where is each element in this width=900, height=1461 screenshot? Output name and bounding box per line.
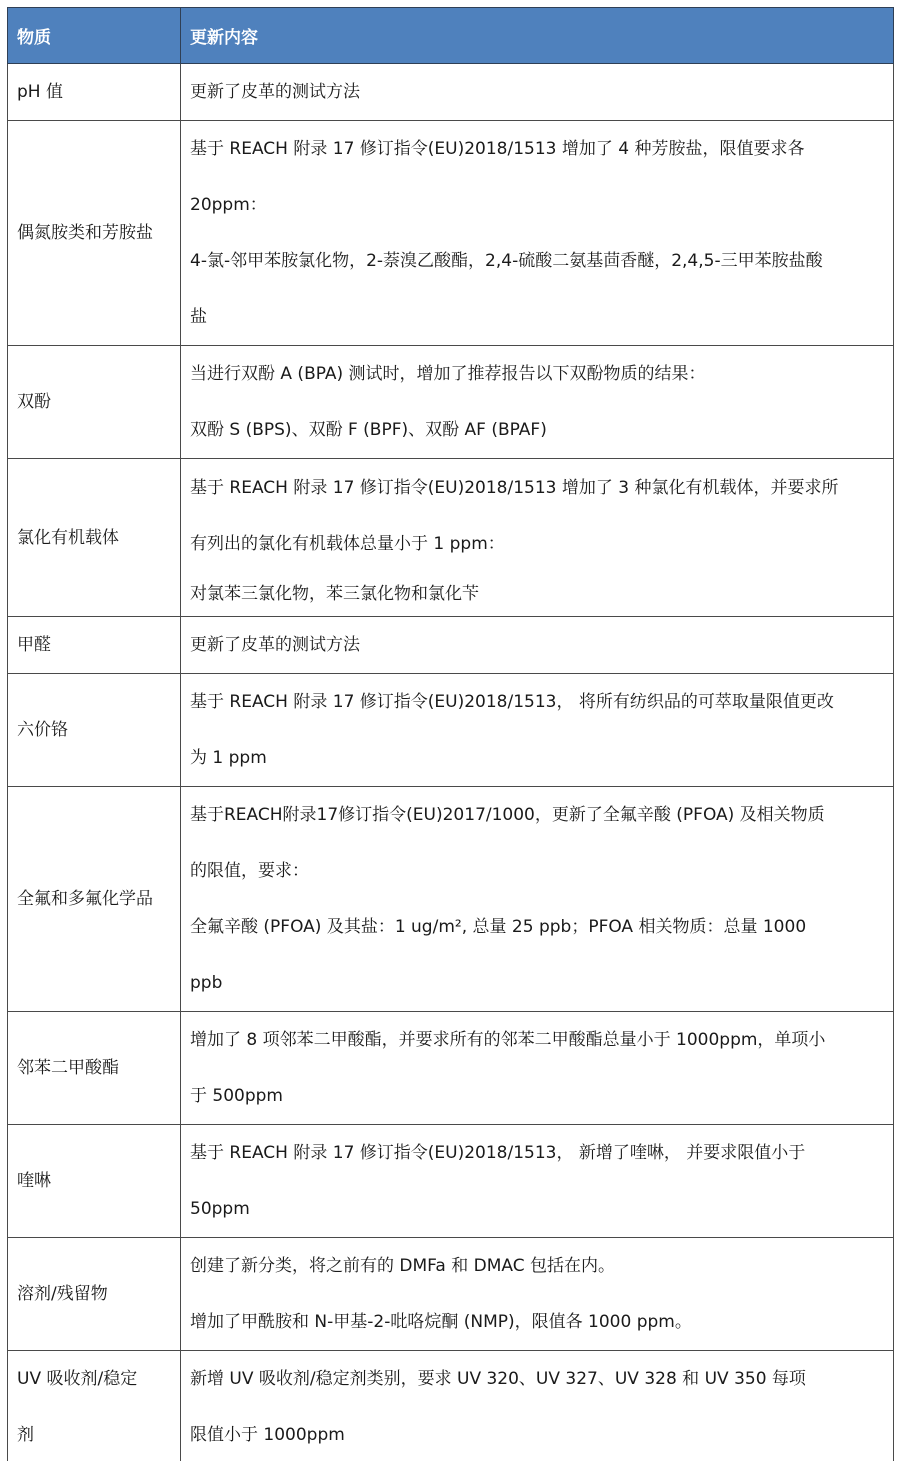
regulation-update-table: 物质 更新内容 pH 值更新了皮革的测试方法偶氮胺类和芳胺盐基于 REACH 附…	[7, 7, 894, 1461]
substance-cell: 溶剂/残留物	[8, 1238, 181, 1351]
update-content-cell: 更新了皮革的测试方法	[181, 617, 894, 674]
content-line: 4-氯-邻甲苯胺氯化物，2-萘溴乙酸酯，2,4-硫酸二氨基茴香醚，2,4,5-三…	[190, 233, 884, 289]
substance-name: 双酚	[17, 374, 171, 430]
substance-cell: UV 吸收剂/稳定剂	[8, 1351, 181, 1461]
update-content-cell: 基于 REACH 附录 17 修订指令(EU)2018/1513， 将所有纺织品…	[181, 674, 894, 787]
substance-name: 偶氮胺类和芳胺盐	[17, 205, 171, 261]
update-content-cell: 基于 REACH 附录 17 修订指令(EU)2018/1513 增加了 4 种…	[181, 121, 894, 346]
substance-name: 全氟和多氟化学品	[17, 871, 171, 927]
content-line: 基于 REACH 附录 17 修订指令(EU)2018/1513 增加了 3 种…	[190, 460, 884, 516]
update-content-cell: 创建了新分类，将之前有的 DMFa 和 DMAC 包括在内。增加了甲酰胺和 N-…	[181, 1238, 894, 1351]
content-line: 增加了 8 项邻苯二甲酸酯，并要求所有的邻苯二甲酸酯总量小于 1000ppm，单…	[190, 1012, 884, 1068]
update-content-cell: 基于REACH附录17修订指令(EU)2017/1000，更新了全氟辛酸 (PF…	[181, 787, 894, 1012]
substance-cell: 邻苯二甲酸酯	[8, 1012, 181, 1125]
content-line: 创建了新分类，将之前有的 DMFa 和 DMAC 包括在内。	[190, 1238, 884, 1294]
table-row: 双酚当进行双酚 A (BPA) 测试时，增加了推荐报告以下双酚物质的结果：双酚 …	[8, 346, 894, 459]
table-row: 六价铬基于 REACH 附录 17 修订指令(EU)2018/1513， 将所有…	[8, 674, 894, 787]
substance-name: 邻苯二甲酸酯	[17, 1040, 171, 1096]
substance-name: UV 吸收剂/稳定	[17, 1351, 171, 1407]
table-header-row: 物质 更新内容	[8, 8, 894, 64]
update-content-cell: 新增 UV 吸收剂/稳定剂类别，要求 UV 320、UV 327、UV 328 …	[181, 1351, 894, 1461]
substance-name: pH 值	[17, 64, 171, 120]
substance-name: 喹啉	[17, 1153, 171, 1209]
substance-name: 溶剂/残留物	[17, 1266, 171, 1322]
table-row: pH 值更新了皮革的测试方法	[8, 64, 894, 121]
content-line: 对氯苯三氯化物，苯三氯化物和氯化苄	[190, 572, 884, 616]
table-row: 全氟和多氟化学品基于REACH附录17修订指令(EU)2017/1000，更新了…	[8, 787, 894, 1012]
content-line: 双酚 S (BPS)、双酚 F (BPF)、双酚 AF (BPAF)	[190, 402, 884, 458]
table-row: 喹啉基于 REACH 附录 17 修订指令(EU)2018/1513， 新增了喹…	[8, 1125, 894, 1238]
table-row: 溶剂/残留物创建了新分类，将之前有的 DMFa 和 DMAC 包括在内。增加了甲…	[8, 1238, 894, 1351]
content-line: ppb	[190, 955, 884, 1011]
content-line: 基于 REACH 附录 17 修订指令(EU)2018/1513， 将所有纺织品…	[190, 674, 884, 730]
content-line: 盐	[190, 289, 884, 345]
table-row: 甲醛更新了皮革的测试方法	[8, 617, 894, 674]
content-line: 更新了皮革的测试方法	[190, 617, 884, 673]
table-row: 邻苯二甲酸酯增加了 8 项邻苯二甲酸酯，并要求所有的邻苯二甲酸酯总量小于 100…	[8, 1012, 894, 1125]
update-content-cell: 增加了 8 项邻苯二甲酸酯，并要求所有的邻苯二甲酸酯总量小于 1000ppm，单…	[181, 1012, 894, 1125]
table-row: 氯化有机载体基于 REACH 附录 17 修订指令(EU)2018/1513 增…	[8, 459, 894, 617]
substance-cell: 偶氮胺类和芳胺盐	[8, 121, 181, 346]
content-line: 为 1 ppm	[190, 730, 884, 786]
content-line: 当进行双酚 A (BPA) 测试时，增加了推荐报告以下双酚物质的结果：	[190, 346, 884, 402]
update-content-cell: 当进行双酚 A (BPA) 测试时，增加了推荐报告以下双酚物质的结果：双酚 S …	[181, 346, 894, 459]
content-line: 于 500ppm	[190, 1068, 884, 1124]
content-line: 有列出的氯化有机载体总量小于 1 ppm：	[190, 516, 884, 572]
content-line: 增加了甲酰胺和 N-甲基-2-吡咯烷酮 (NMP)，限值各 1000 ppm。	[190, 1294, 884, 1350]
content-line: 20ppm：	[190, 177, 884, 233]
table-row: 偶氮胺类和芳胺盐基于 REACH 附录 17 修订指令(EU)2018/1513…	[8, 121, 894, 346]
content-line: 基于 REACH 附录 17 修订指令(EU)2018/1513 增加了 4 种…	[190, 121, 884, 177]
substance-name: 剂	[17, 1407, 171, 1461]
substance-cell: 喹啉	[8, 1125, 181, 1238]
substance-cell: 双酚	[8, 346, 181, 459]
content-line: 50ppm	[190, 1181, 884, 1237]
content-line: 全氟辛酸 (PFOA) 及其盐：1 ug/m², 总量 25 ppb；PFOA …	[190, 899, 884, 955]
content-line: 基于REACH附录17修订指令(EU)2017/1000，更新了全氟辛酸 (PF…	[190, 787, 884, 843]
substance-name: 六价铬	[17, 702, 171, 758]
content-line: 的限值，要求：	[190, 843, 884, 899]
content-line: 基于 REACH 附录 17 修订指令(EU)2018/1513， 新增了喹啉，…	[190, 1125, 884, 1181]
update-content-cell: 基于 REACH 附录 17 修订指令(EU)2018/1513 增加了 3 种…	[181, 459, 894, 617]
substance-cell: pH 值	[8, 64, 181, 121]
table-body: pH 值更新了皮革的测试方法偶氮胺类和芳胺盐基于 REACH 附录 17 修订指…	[8, 64, 894, 1461]
content-line: 更新了皮革的测试方法	[190, 64, 884, 120]
update-content-cell: 更新了皮革的测试方法	[181, 64, 894, 121]
header-update-content: 更新内容	[181, 8, 894, 64]
content-line: 限值小于 1000ppm	[190, 1407, 884, 1461]
substance-cell: 甲醛	[8, 617, 181, 674]
substance-cell: 全氟和多氟化学品	[8, 787, 181, 1012]
substance-name: 氯化有机载体	[17, 510, 171, 566]
substance-cell: 氯化有机载体	[8, 459, 181, 617]
table-row: UV 吸收剂/稳定剂新增 UV 吸收剂/稳定剂类别，要求 UV 320、UV 3…	[8, 1351, 894, 1461]
header-substance: 物质	[8, 8, 181, 64]
content-line: 新增 UV 吸收剂/稳定剂类别，要求 UV 320、UV 327、UV 328 …	[190, 1351, 884, 1407]
substance-name: 甲醛	[17, 617, 171, 673]
update-content-cell: 基于 REACH 附录 17 修订指令(EU)2018/1513， 新增了喹啉，…	[181, 1125, 894, 1238]
substance-cell: 六价铬	[8, 674, 181, 787]
